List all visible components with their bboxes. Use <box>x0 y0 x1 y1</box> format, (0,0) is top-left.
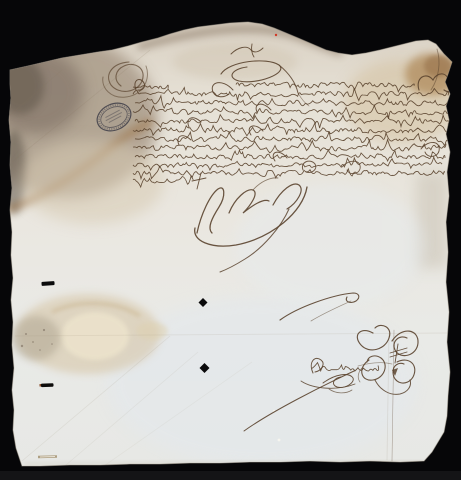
white-fleck-2 <box>278 439 281 442</box>
staple-mark-highlight <box>40 457 55 458</box>
archive-slit-lower <box>41 383 54 387</box>
stain-top-mid-wash <box>173 44 297 80</box>
stain-speckle-patch <box>12 316 60 360</box>
red-fleck <box>275 34 277 36</box>
backing-bottom-strip <box>0 471 461 480</box>
manuscript-scan: Scan of a 16th-century French manuscript… <box>0 0 461 480</box>
stain-butterfly-tail <box>136 322 168 340</box>
scan-viewport: Scan of a 16th-century French manuscript… <box>0 0 461 480</box>
